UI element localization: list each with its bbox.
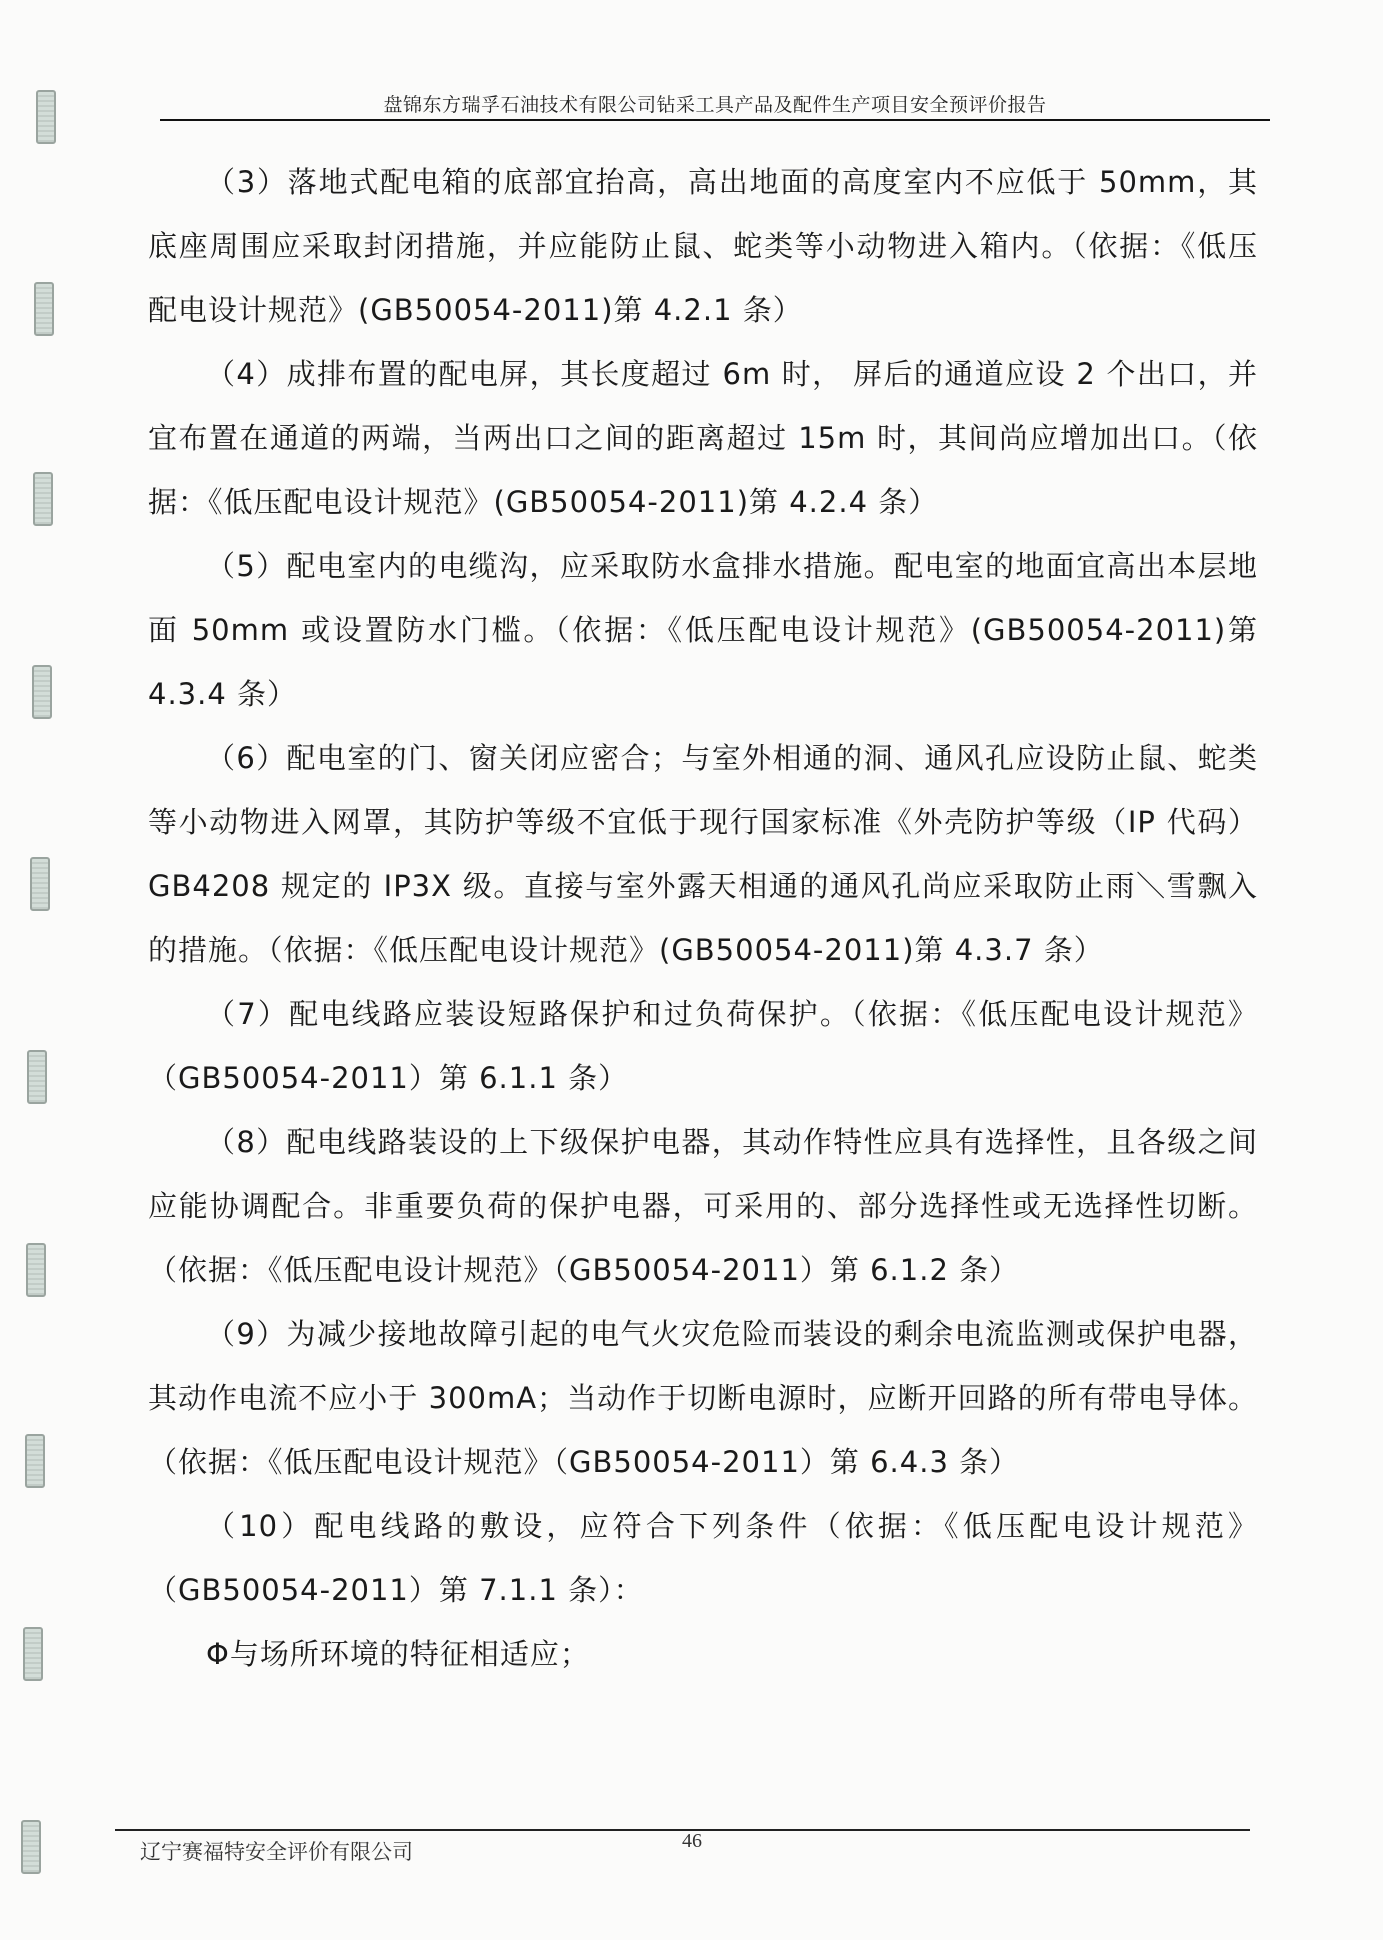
paragraph-item-8: （8）配电线路装设的上下级保护电器，其动作特性应具有选择性，且各级之间应能协调配… <box>148 1110 1258 1302</box>
paragraph-item-9: （9）为减少接地故障引起的电气火灾危险而装设的剩余电流监测或保护电器，其动作电流… <box>148 1302 1258 1494</box>
binding-hole <box>32 665 52 719</box>
paragraph-item-6: （6）配电室的门、窗关闭应密合；与室外相通的洞、通风孔应设防止鼠、蛇类等小动物进… <box>148 726 1258 982</box>
paragraph-item-7: （7）配电线路应装设短路保护和过负荷保护。（依据：《低压配电设计规范》（GB50… <box>148 982 1258 1110</box>
paragraph-item-4: （4）成排布置的配电屏，其长度超过 6m 时， 屏后的通道应设 2 个出口，并宜… <box>148 342 1258 534</box>
binding-hole <box>21 1820 41 1874</box>
header-rule <box>160 119 1270 121</box>
document-body: （3）落地式配电箱的底部宜抬高，高出地面的高度室内不应低于 50mm，其底座周围… <box>148 150 1258 1686</box>
binding-hole <box>33 472 53 526</box>
footer-company: 辽宁赛福特安全评价有限公司 <box>140 1836 413 1866</box>
paragraph-item-10: （10）配电线路的敷设，应符合下列条件（依据：《低压配电设计规范》（GB5005… <box>148 1494 1258 1622</box>
binding-hole <box>26 1243 46 1297</box>
binding-hole <box>23 1627 43 1681</box>
binding-hole <box>36 90 56 144</box>
binding-hole <box>30 857 50 911</box>
paragraph-item-10-sub-1: Φ与场所环境的特征相适应； <box>148 1622 1258 1686</box>
paragraph-item-3: （3）落地式配电箱的底部宜抬高，高出地面的高度室内不应低于 50mm，其底座周围… <box>148 150 1258 342</box>
page-number: 46 <box>682 1830 702 1853</box>
binding-hole <box>34 282 54 336</box>
paragraph-item-5: （5）配电室内的电缆沟，应采取防水盒排水措施。配电室的地面宜高出本层地面 50m… <box>148 534 1258 726</box>
binding-hole <box>25 1434 45 1488</box>
running-header: 盘锦东方瑞孚石油技术有限公司钻采工具产品及配件生产项目安全预评价报告 <box>160 90 1270 117</box>
binding-hole <box>27 1050 47 1104</box>
